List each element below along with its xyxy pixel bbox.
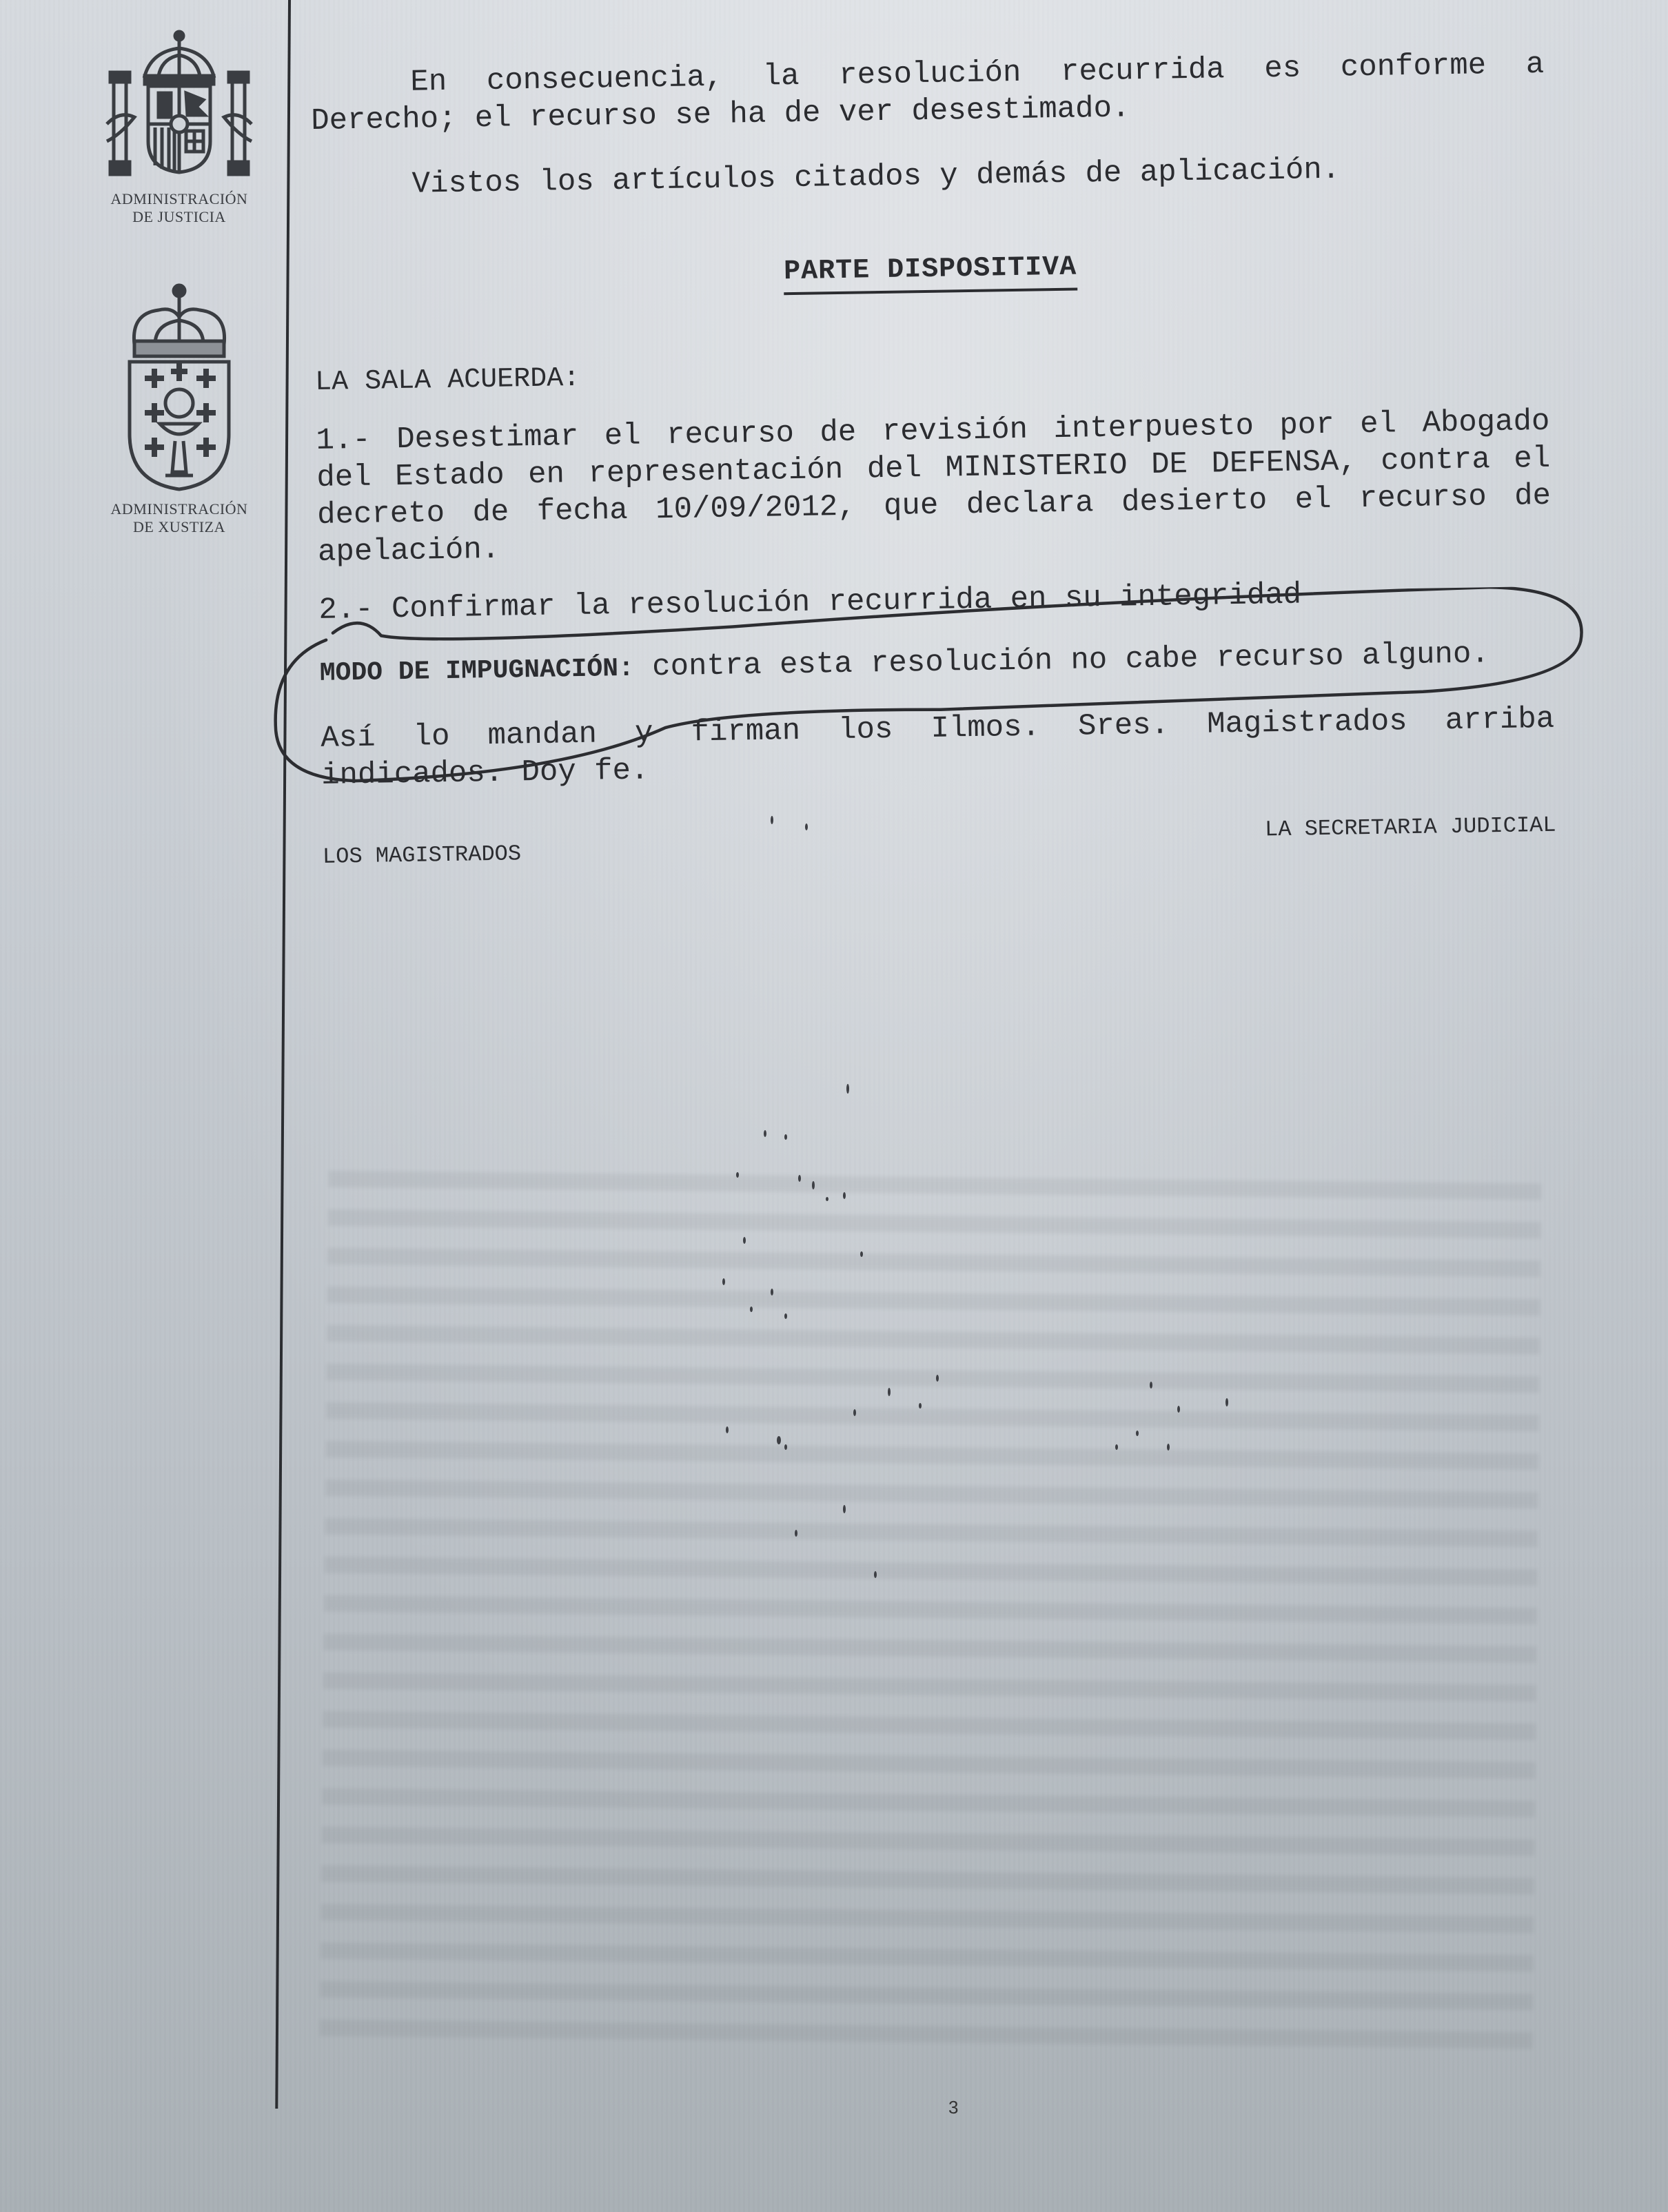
ruling-item-1: 1.- Desestimar el recurso de revisión in… [316,403,1552,571]
section-heading: PARTE DISPOSITIVA [784,249,1077,296]
impugnacion-block: MODO DE IMPUGNACIÓN: contra esta resoluc… [319,635,1554,693]
emblem-label-xustiza: ADMINISTRACIÓN DE XUSTIZA [76,500,283,536]
document-body: En consecuencia, la resolución recurrida… [310,46,1556,876]
signature-secretaria: LA SECRETARIA JUDICIAL [1265,807,1557,861]
vistos-paragraph: Vistos los artículos citados y demás de … [312,148,1546,205]
spain-coat-of-arms-icon [96,21,262,186]
ruling-item-2: 2.- Confirmar la resolución recurrida en… [318,573,1553,629]
sala-acuerda-label: LA SALA ACUERDA: [315,345,1549,402]
signatures-row: LOS MAGISTRADOS LA SECRETARIA JUDICIAL [322,806,1556,876]
page-number: 3 [948,2097,958,2118]
document-page: ADMINISTRACIÓN DE JUSTICIA [0,0,1668,2212]
emblem-administracion-justicia: ADMINISTRACIÓN DE JUSTICIA [76,21,283,226]
galicia-coat-of-arms-icon [103,276,255,496]
reverse-side-show-through [319,1151,1542,2060]
conclusion-paragraph: En consecuencia, la resolución recurrida… [310,46,1545,140]
emblem-administracion-xustiza: ADMINISTRACIÓN DE XUSTIZA [76,276,283,536]
impugnacion-text: MODO DE IMPUGNACIÓN: contra esta resoluc… [319,635,1554,693]
impugnacion-value: contra esta resolución no cabe recurso a… [633,637,1489,684]
signoff-paragraph: Así lo mandan y firman los Ilmos. Sres. … [321,701,1555,795]
section-heading-wrap: PARTE DISPOSITIVA [313,240,1547,303]
emblem-label-justicia: ADMINISTRACIÓN DE JUSTICIA [76,190,283,226]
impugnacion-label: MODO DE IMPUGNACIÓN: [320,654,635,688]
signature-magistrados: LOS MAGISTRADOS [322,821,521,876]
